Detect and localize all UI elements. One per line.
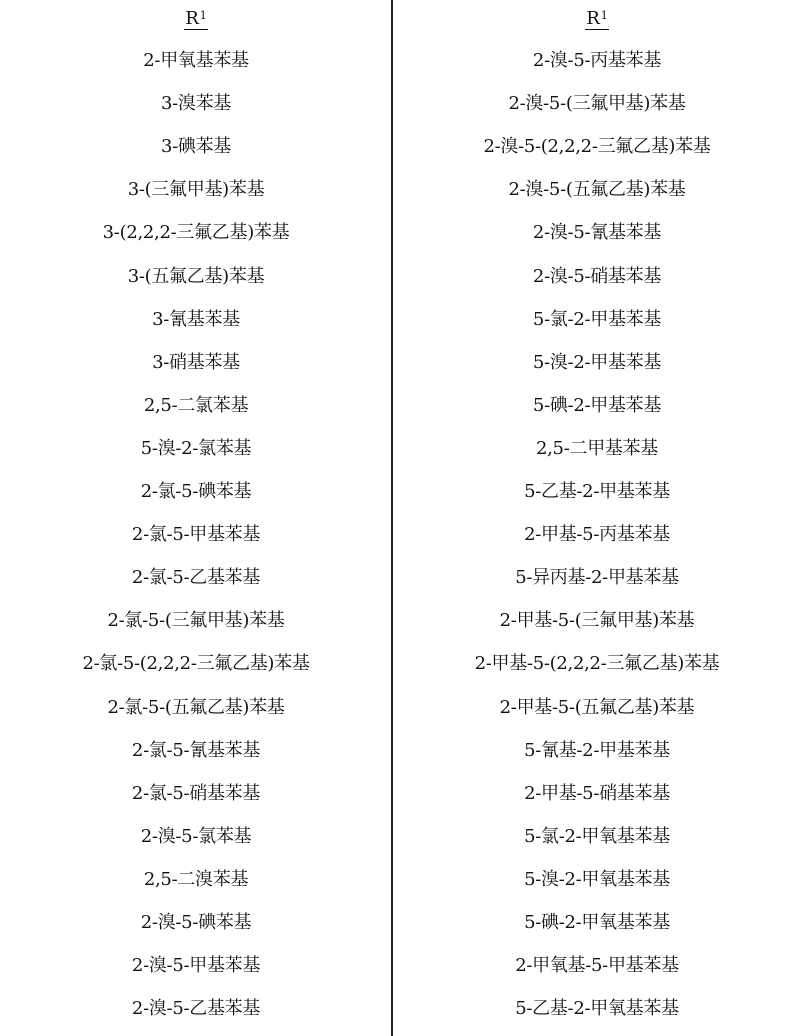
table-row: 3-(五氟乙基)苯基 [0, 262, 392, 292]
right-column: R1 2-溴-5-丙基苯基2-溴-5-(三氟甲基)苯基2-溴-5-(2,2,2-… [394, 0, 800, 1036]
table-row: 2-甲氧基苯基 [0, 46, 392, 76]
table-row: 2-甲基-5-丙基苯基 [394, 520, 800, 550]
table-row: 2,5-二氯苯基 [0, 391, 392, 421]
table-row: 3-氰基苯基 [0, 305, 392, 335]
table-row: 2-甲基-5-(2,2,2-三氟乙基)苯基 [394, 649, 800, 679]
table-row: 2-溴-5-甲基苯基 [0, 951, 392, 981]
table-row: 5-氰基-2-甲基苯基 [394, 736, 800, 766]
table-row: 2-氯-5-硝基苯基 [0, 779, 392, 809]
table-row: 2-氯-5-(2,2,2-三氟乙基)苯基 [0, 649, 392, 679]
table-row: 3-碘苯基 [0, 132, 392, 162]
header-label: R [185, 8, 199, 29]
table-row: 2-溴-5-(2,2,2-三氟乙基)苯基 [394, 132, 800, 162]
table-row: 3-硝基苯基 [0, 348, 392, 378]
table-row: 2-氯-5-(五氟乙基)苯基 [0, 693, 392, 723]
table-row: 2-氯-5-(三氟甲基)苯基 [0, 606, 392, 636]
table-row: 5-碘-2-甲氧基苯基 [394, 908, 800, 938]
table-row: 2-氯-5-乙基苯基 [0, 563, 392, 593]
left-column-header: R1 [0, 4, 392, 34]
table-row: 2-溴-5-乙基苯基 [0, 994, 392, 1024]
table-row: 2-氯-5-氰基苯基 [0, 736, 392, 766]
table-row: 5-氯-2-甲氧基苯基 [394, 822, 800, 852]
table-row: 5-溴-2-氯苯基 [0, 434, 392, 464]
column-divider [391, 0, 393, 1036]
table-row: 2-溴-5-(五氟乙基)苯基 [394, 175, 800, 205]
header-label: R [586, 8, 600, 29]
table-row: 2-溴-5-丙基苯基 [394, 46, 800, 76]
table-row: 3-溴苯基 [0, 89, 392, 119]
table-row: 2-氯-5-碘苯基 [0, 477, 392, 507]
header-superscript: 1 [601, 9, 608, 22]
table-row: 5-氯-2-甲基苯基 [394, 305, 800, 335]
table-row: 2-甲氧基-5-甲基苯基 [394, 951, 800, 981]
table-row: 5-溴-2-甲基苯基 [394, 348, 800, 378]
table-row: 2-溴-5-硝基苯基 [394, 262, 800, 292]
table-row: 2-甲基-5-(五氟乙基)苯基 [394, 693, 800, 723]
table-row: 5-碘-2-甲基苯基 [394, 391, 800, 421]
table-row: 2-溴-5-(三氟甲基)苯基 [394, 89, 800, 119]
table-row: 2-溴-5-碘苯基 [0, 908, 392, 938]
table-row: 2-甲基-5-硝基苯基 [394, 779, 800, 809]
table-row: 2-溴-5-氯苯基 [0, 822, 392, 852]
table-row: 5-异丙基-2-甲基苯基 [394, 563, 800, 593]
right-column-header: R1 [394, 4, 800, 34]
table-row: 3-(三氟甲基)苯基 [0, 175, 392, 205]
table-row: 2-甲基-5-(三氟甲基)苯基 [394, 606, 800, 636]
table-row: 2,5-二溴苯基 [0, 865, 392, 895]
header-superscript: 1 [200, 9, 207, 22]
table-row: 3-(2,2,2-三氟乙基)苯基 [0, 218, 392, 248]
table-row: 2-氯-5-甲基苯基 [0, 520, 392, 550]
table-row: 5-乙基-2-甲氧基苯基 [394, 994, 800, 1024]
table-row: 2,5-二甲基苯基 [394, 434, 800, 464]
table-row: 5-乙基-2-甲基苯基 [394, 477, 800, 507]
table-row: 5-溴-2-甲氧基苯基 [394, 865, 800, 895]
table-row: 2-溴-5-氰基苯基 [394, 218, 800, 248]
left-column: R1 2-甲氧基苯基3-溴苯基3-碘苯基3-(三氟甲基)苯基3-(2,2,2-三… [0, 0, 392, 1036]
substituent-table: R1 2-甲氧基苯基3-溴苯基3-碘苯基3-(三氟甲基)苯基3-(2,2,2-三… [0, 0, 800, 1036]
